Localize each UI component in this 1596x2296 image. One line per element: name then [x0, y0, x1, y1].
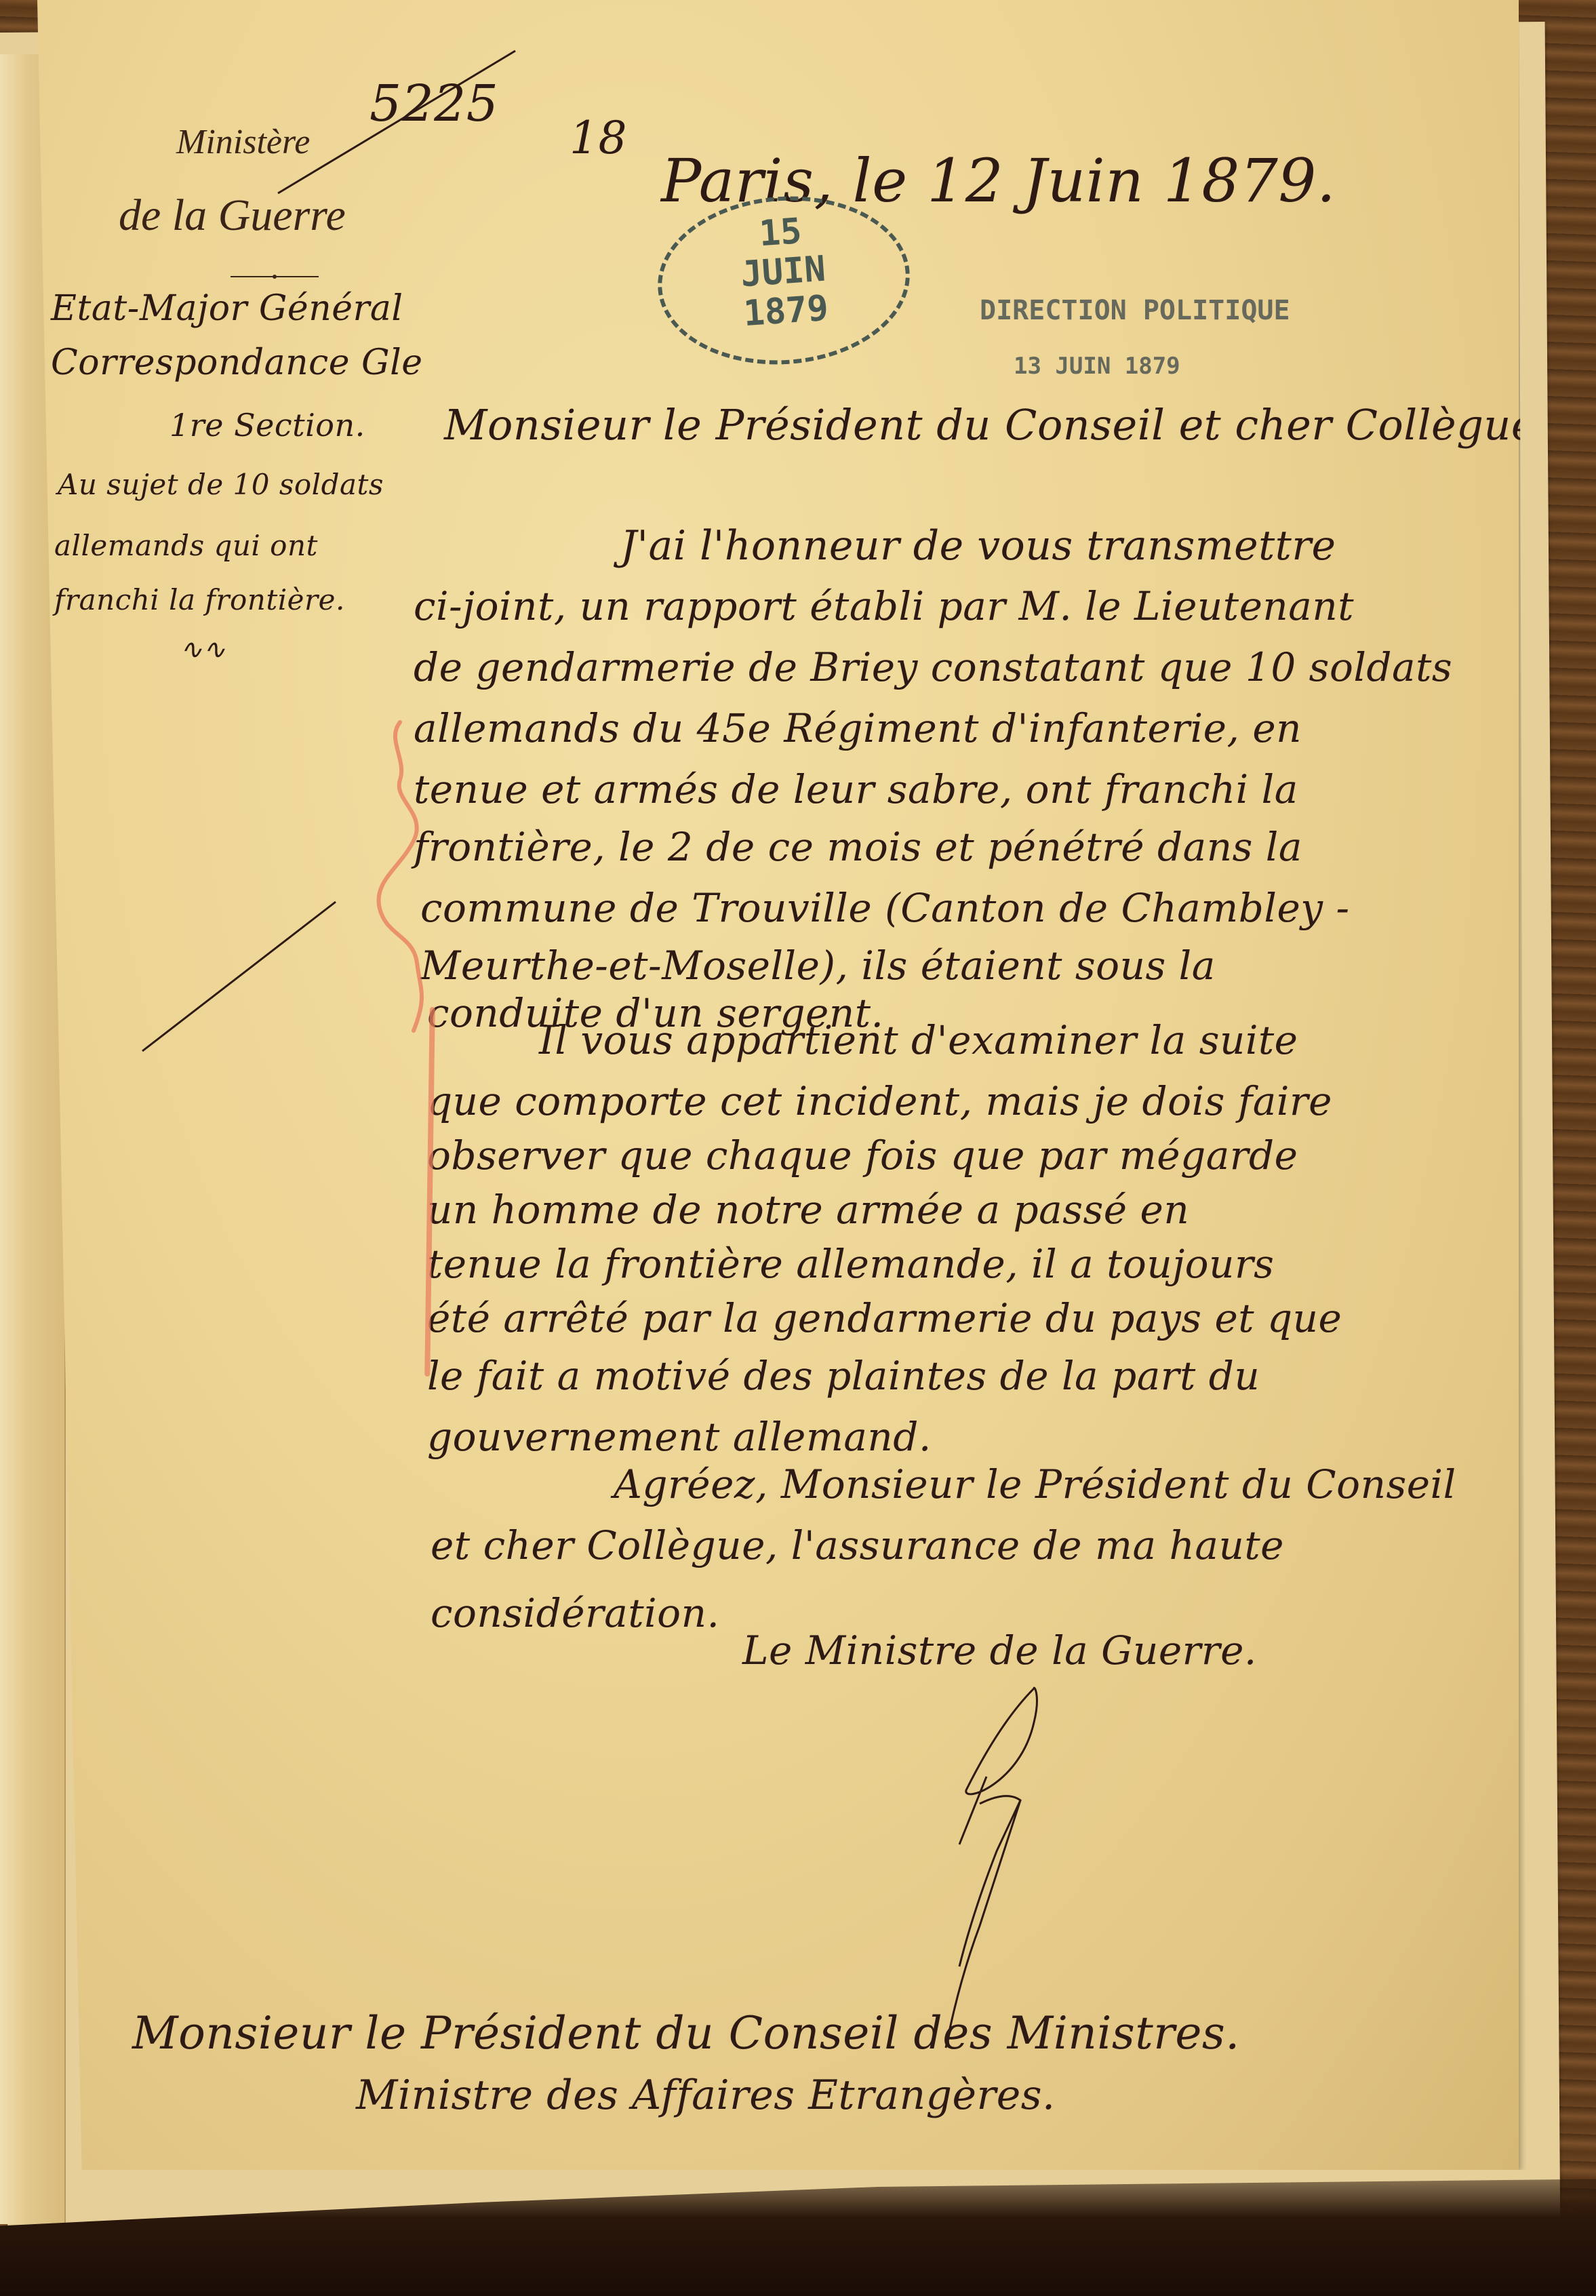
addressee-line-2: Ministre des Affaires Etrangères.	[356, 2072, 1056, 2119]
body-line: J'ai l'honneur de vous transmettre	[620, 522, 1336, 570]
body-line: observer que chaque fois que par mégarde	[427, 1132, 1298, 1179]
body-line: commune de Trouville (Canton de Chambley…	[420, 885, 1350, 931]
direction-politique-stamp: DIRECTION POLITIQUE	[980, 295, 1290, 326]
signature-flourish	[932, 1682, 1095, 2061]
flourish-mark: ∿∿	[180, 634, 226, 665]
body-line: frontière, le 2 de ce mois et pénétré da…	[414, 824, 1302, 870]
body-line: tenue la frontière allemande, il a toujo…	[427, 1241, 1274, 1287]
received-date-stamp: 15 JUIN 1879	[652, 188, 915, 372]
body-line: Il vous appartient d'examiner la suite	[539, 1017, 1298, 1063]
closing-line: Agréez, Monsieur le Président du Conseil	[614, 1461, 1456, 1507]
body-line: gouvernement allemand.	[427, 1414, 932, 1460]
registry-mark: 18	[570, 112, 627, 164]
body-line: le fait a motivé des plaintes de la part…	[427, 1353, 1260, 1399]
department-line-1: Etat-Major Général	[51, 288, 403, 329]
ministry-line-2: de la Guerre	[119, 190, 346, 241]
closing-line: et cher Collègue, l'assurance de ma haut…	[431, 1522, 1284, 1568]
body-line: que comporte cet incident, mais je dois …	[427, 1078, 1332, 1124]
letter-page: Ministère de la Guerre Etat-Major Généra…	[37, 0, 1519, 2170]
signature-title: Le Ministre de la Guerre.	[742, 1627, 1257, 1674]
registry-slash	[275, 47, 519, 197]
addressee-line-1: Monsieur le Président du Conseil des Min…	[132, 2007, 1240, 2059]
subject-line-3: franchi la frontière.	[54, 583, 345, 616]
subject-line-1: Au sujet de 10 soldats	[58, 468, 384, 501]
red-pencil-wave-mark	[359, 719, 434, 1037]
ornamental-divider	[231, 275, 319, 279]
direction-politique-date: 13 JUIN 1879	[1014, 353, 1180, 380]
body-line: allemands du 45e Régiment d'infanterie, …	[414, 705, 1302, 751]
closing-line: considération.	[431, 1590, 719, 1636]
subject-line-2: allemands qui ont	[54, 529, 318, 562]
body-line: un homme de notre armée a passé en	[427, 1187, 1189, 1233]
body-line: été arrêté par la gendarmerie du pays et…	[427, 1295, 1342, 1341]
department-line-3: 1re Section.	[169, 407, 365, 443]
body-line: de gendarmerie de Briey constatant que 1…	[414, 644, 1452, 690]
salutation: Monsieur le Président du Conseil et cher…	[444, 400, 1550, 450]
body-line: ci-joint, un rapport établi par M. le Li…	[414, 583, 1354, 629]
body-line: Meurthe-et-Moselle), ils étaient sous la	[420, 943, 1216, 989]
department-line-2: Correspondance Gle	[51, 342, 423, 383]
body-line: tenue et armés de leur sabre, ont franch…	[414, 766, 1298, 812]
ink-margin-slash	[139, 898, 342, 1054]
